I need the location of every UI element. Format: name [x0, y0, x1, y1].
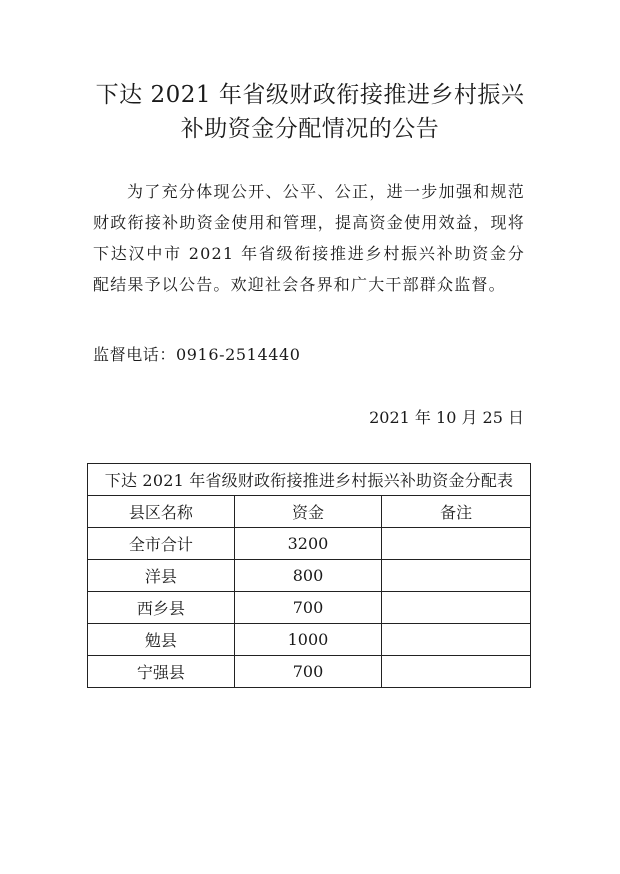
- header-amount: 资金: [234, 496, 382, 528]
- cell-amount: 800: [234, 560, 382, 592]
- cell-county: 宁强县: [88, 656, 235, 688]
- cell-amount: 700: [234, 656, 382, 688]
- cell-amount: 1000: [234, 624, 382, 656]
- cell-amount: 3200: [234, 528, 382, 560]
- table-row: 洋县 800: [88, 560, 531, 592]
- table-row: 宁强县 700: [88, 656, 531, 688]
- table-row: 勉县 1000: [88, 624, 531, 656]
- supervision-phone: 监督电话：0916-2514440: [93, 342, 301, 365]
- cell-county: 全市合计: [88, 528, 235, 560]
- table-row: 西乡县 700: [88, 592, 531, 624]
- cell-note: [382, 528, 531, 560]
- body-paragraph: 为了充分体现公开、公平、公正，进一步加强和规范财政衔接补助资金使用和管理，提高资…: [93, 176, 525, 300]
- table-row: 全市合计 3200: [88, 528, 531, 560]
- table-header-row: 县区名称 资金 备注: [88, 496, 531, 528]
- header-note: 备注: [382, 496, 531, 528]
- cell-note: [382, 656, 531, 688]
- table-caption: 下达 2021 年省级财政衔接推进乡村振兴补助资金分配表: [88, 464, 531, 496]
- cell-county: 洋县: [88, 560, 235, 592]
- cell-note: [382, 560, 531, 592]
- announcement-date: 2021 年 10 月 25 日: [369, 405, 524, 428]
- cell-note: [382, 592, 531, 624]
- header-county: 县区名称: [88, 496, 235, 528]
- cell-note: [382, 624, 531, 656]
- allocation-table: 下达 2021 年省级财政衔接推进乡村振兴补助资金分配表 县区名称 资金 备注 …: [87, 463, 531, 688]
- announcement-title-line2: 补助资金分配情况的公告: [0, 110, 620, 143]
- cell-county: 西乡县: [88, 592, 235, 624]
- cell-county: 勉县: [88, 624, 235, 656]
- announcement-title-line1: 下达 2021 年省级财政衔接推进乡村振兴: [0, 76, 620, 109]
- cell-amount: 700: [234, 592, 382, 624]
- table-caption-row: 下达 2021 年省级财政衔接推进乡村振兴补助资金分配表: [88, 464, 531, 496]
